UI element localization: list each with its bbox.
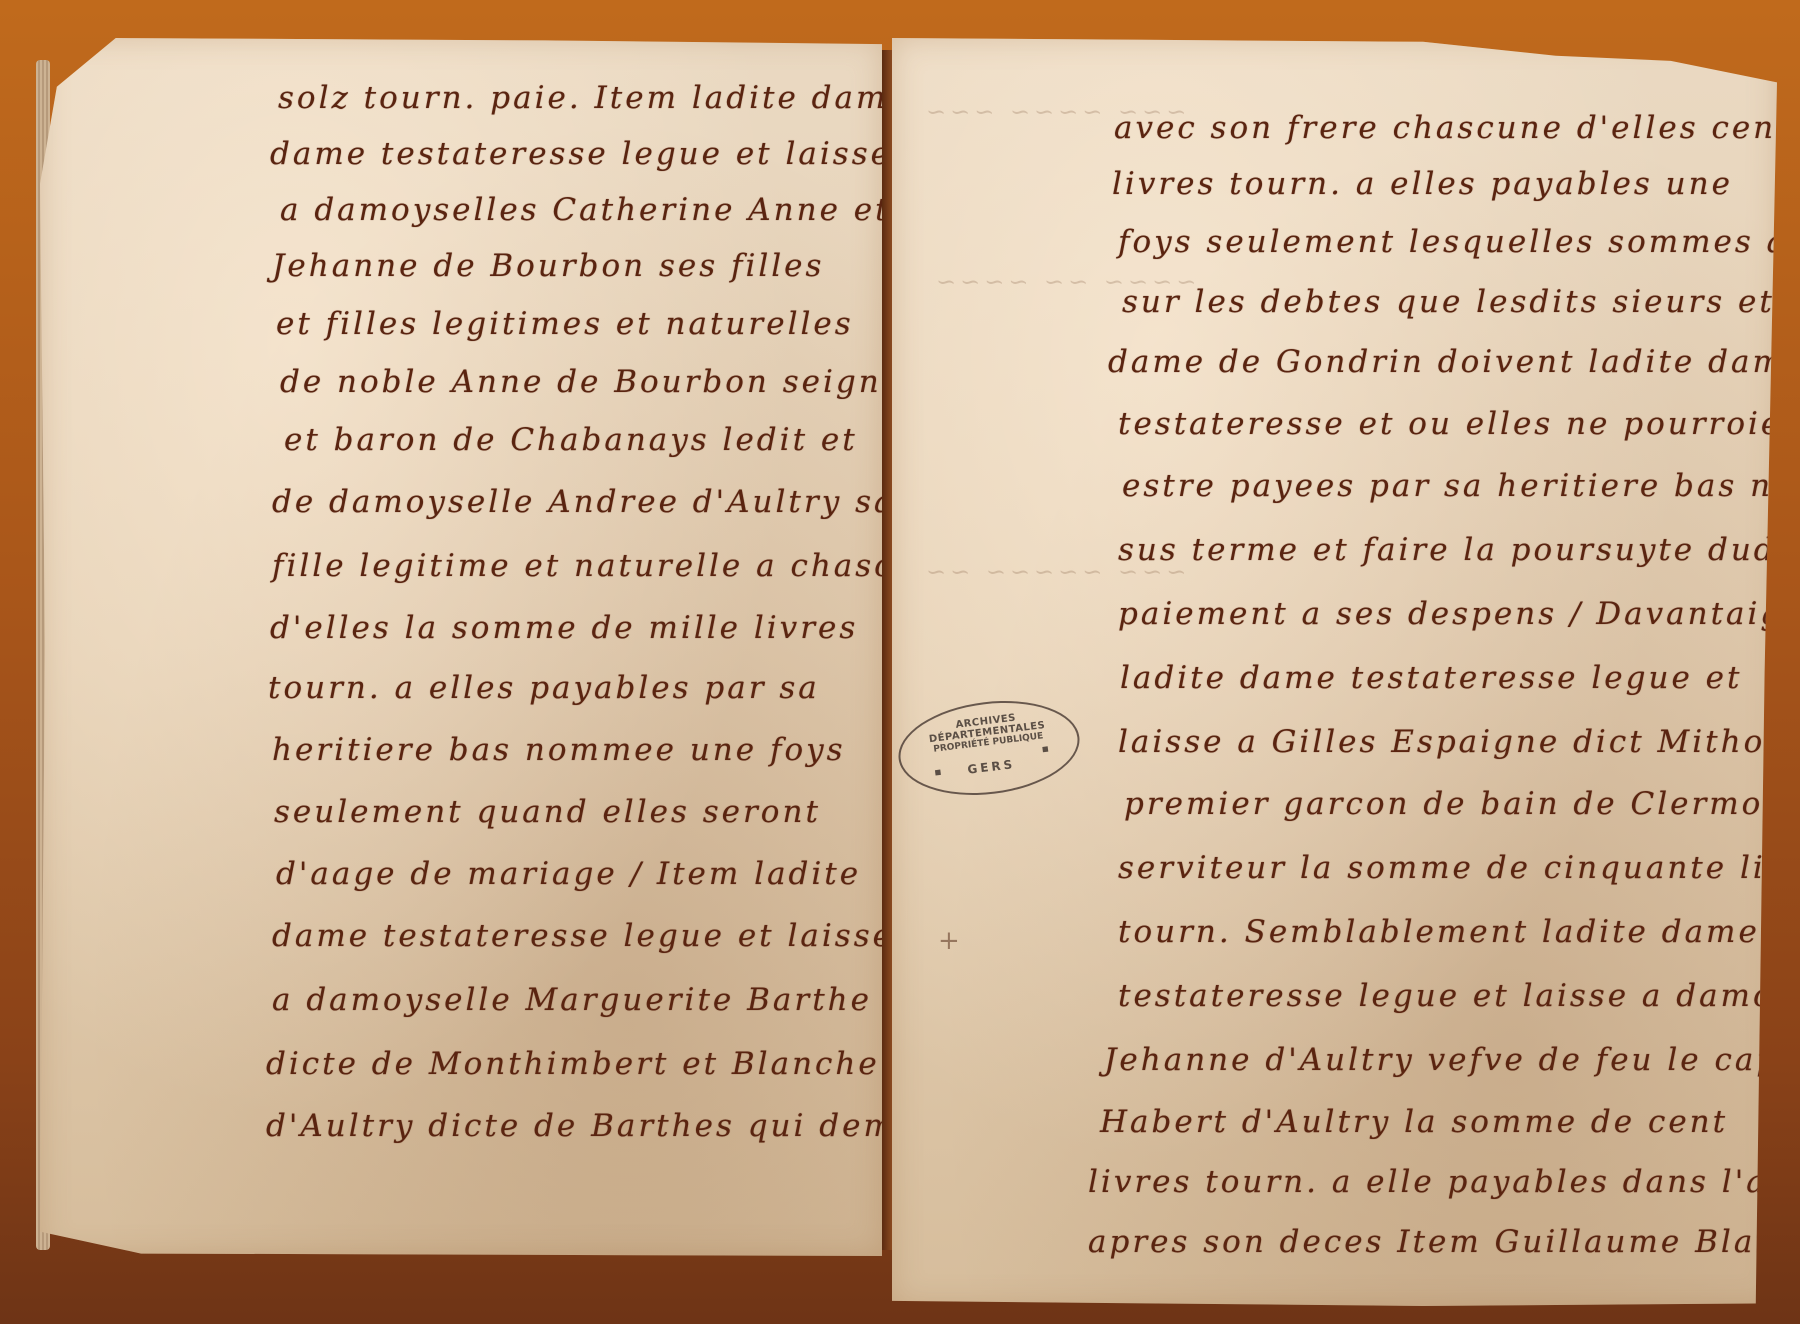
text-line: livres tourn. a elle payables dans l'an [1088, 1164, 1791, 1200]
text-line: de noble Anne de Bourbon seigneur [280, 364, 944, 400]
text-line: fille legitime et naturelle a chascune [272, 548, 962, 584]
text-line: d'elles la somme de mille livres [270, 610, 858, 646]
text-line: a damoyselle Marguerite Barthe [272, 982, 872, 1018]
text-line: heritiere bas nommee une foys [272, 732, 846, 768]
margin-cross-mark: + [938, 926, 960, 956]
text-line: sur les debtes que lesdits sieurs et [1122, 284, 1775, 320]
text-line: testateresse legue et laisse a damoysell… [1118, 978, 1800, 1014]
text-line: avec son frere chascune d'elles cent [1114, 110, 1792, 146]
text-line: apres son deces Item Guillaume Blaise [1088, 1224, 1800, 1260]
text-line: testateresse et ou elles ne pourroient [1118, 406, 1800, 442]
text-line: laisse a Gilles Espaigne dict Mithonnet [1118, 724, 1800, 760]
text-line: serviteur la somme de cinquante livres [1118, 850, 1800, 886]
text-line: paiement a ses despens / Davantaige [1118, 596, 1800, 632]
text-line: a damoyselles Catherine Anne et [280, 192, 891, 228]
text-line: dame testateresse legue et laisse [272, 918, 894, 954]
text-line: dame de Gondrin doivent ladite dame [1108, 344, 1800, 380]
left-page: solz tourn. paie. Item ladite dame dame … [40, 38, 882, 1256]
text-line: tourn. Semblablement ladite dame [1118, 914, 1760, 950]
text-line: premier garcon de bain de Clermont sa [1124, 786, 1800, 822]
text-line: dame testateresse legue et laisse [270, 136, 892, 172]
right-page: ~~~ ~~~~ ~~~ ~~~~ ~~ ~~~~ ~~~ ~~~~~ ~~ +… [892, 38, 1777, 1306]
text-line: ladite dame testateresse legue et [1120, 660, 1742, 696]
text-line: d'aage de mariage / Item ladite [276, 856, 861, 892]
book-spine-gap [882, 50, 892, 1250]
text-line: livres tourn. a elles payables une [1112, 166, 1733, 202]
text-line: dicte de Monthimbert et Blanche [266, 1046, 880, 1082]
text-line: estre payees par sa heritiere bas nommee [1122, 468, 1800, 504]
text-line: sus terme et faire la poursuyte dudit [1118, 532, 1800, 568]
photo-scene: solz tourn. paie. Item ladite dame dame … [0, 0, 1800, 1324]
text-line: et baron de Chabanays ledit et [284, 422, 858, 458]
text-line: solz tourn. paie. Item ladite dame [278, 80, 910, 116]
text-line: Habert d'Aultry la somme de cent [1100, 1104, 1728, 1140]
text-line: et filles legitimes et naturelles [276, 306, 854, 342]
text-line: Jehanne d'Aultry vefve de feu le capitai… [1104, 1042, 1800, 1078]
text-line: Jehanne de Bourbon ses filles [272, 248, 824, 284]
text-line: foys seulement lesquelles sommes a prend… [1118, 224, 1800, 260]
text-line: de damoyselle Andree d'Aultry sa [272, 484, 895, 520]
text-line: tourn. a elles payables par sa [268, 670, 820, 706]
text-line: seulement quand elles seront [274, 794, 821, 830]
